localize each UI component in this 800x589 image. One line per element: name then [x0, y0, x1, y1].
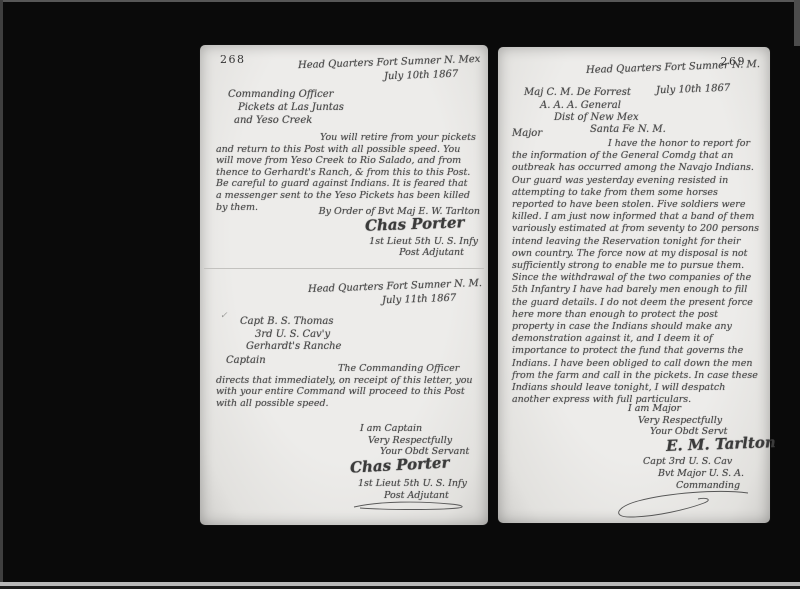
- letter3-heading-place: Head Quarters Fort Sumner N. M.: [586, 59, 760, 76]
- film-edge-right: [794, 0, 800, 46]
- letter3-signature-brevet: Bvt Major U. S. A.: [658, 468, 744, 479]
- letter2-address-line2: 3rd U. S. Cav'y: [255, 329, 330, 340]
- microfilm-scan-view: 268 Head Quarters Fort Sumner N. Mex Jul…: [0, 0, 800, 589]
- letter1-signature: Chas Porter: [364, 213, 464, 234]
- letter3-address-line1: Maj C. M. De Forrest: [524, 87, 631, 98]
- letter2-body: The Commanding Officer directs that imme…: [216, 363, 478, 409]
- letter2-close-line2: Very Respectfully: [368, 435, 452, 446]
- letter3-address-line4: Santa Fe N. M.: [590, 124, 666, 135]
- letter3-address-line2: A. A. A. General: [540, 100, 621, 111]
- page-number-left: 268: [220, 53, 246, 66]
- letter3-close-line1: I am Major: [628, 403, 681, 414]
- letter3-close-line2: Very Respectfully: [638, 415, 722, 426]
- film-edge-top: [0, 0, 800, 2]
- letter2-signature: Chas Porter: [350, 453, 450, 476]
- letter2-signature-rank: 1st Lieut 5th U. S. Infy: [358, 478, 467, 489]
- letter2-heading-date: July 11th 1867: [382, 293, 457, 307]
- letter2-address-line1: Capt B. S. Thomas: [240, 316, 333, 327]
- letter3-signature: E. M. Tarlton: [666, 433, 776, 455]
- film-edge-left: [0, 0, 3, 589]
- flourish-underline: [350, 499, 470, 511]
- flourish-swirl: [608, 487, 758, 521]
- letter3-address-line3: Dist of New Mex: [554, 112, 639, 123]
- letter1-body: You will retire from your pickets and re…: [216, 132, 476, 213]
- letter1-address-line3: and Yeso Creek: [234, 115, 312, 126]
- letter1-signature-rank: 1st Lieut 5th U. S. Infy: [369, 236, 478, 247]
- letter2-address-line3: Gerhardt's Ranche: [246, 341, 341, 352]
- letter1-address-line2: Pickets at Las Juntas: [238, 102, 344, 113]
- letter1-address-line1: Commanding Officer: [228, 89, 333, 100]
- letter3-signature-rank: Capt 3rd U. S. Cav: [643, 456, 732, 467]
- letter1-heading-date: July 10th 1867: [384, 69, 459, 83]
- letter1-signature-title: Post Adjutant: [399, 247, 464, 258]
- scanned-page-right: 269 Head Quarters Fort Sumner N. M. July…: [498, 47, 770, 523]
- letter3-body: I have the honor to report for the infor…: [512, 138, 762, 406]
- margin-check-mark: ✓: [220, 311, 228, 321]
- letter2-close-line1: I am Captain: [360, 423, 422, 434]
- scanned-page-left: 268 Head Quarters Fort Sumner N. Mex Jul…: [200, 45, 488, 525]
- letter3-heading-date: July 10th 1867: [656, 83, 731, 97]
- letter-separator-line: [204, 268, 484, 269]
